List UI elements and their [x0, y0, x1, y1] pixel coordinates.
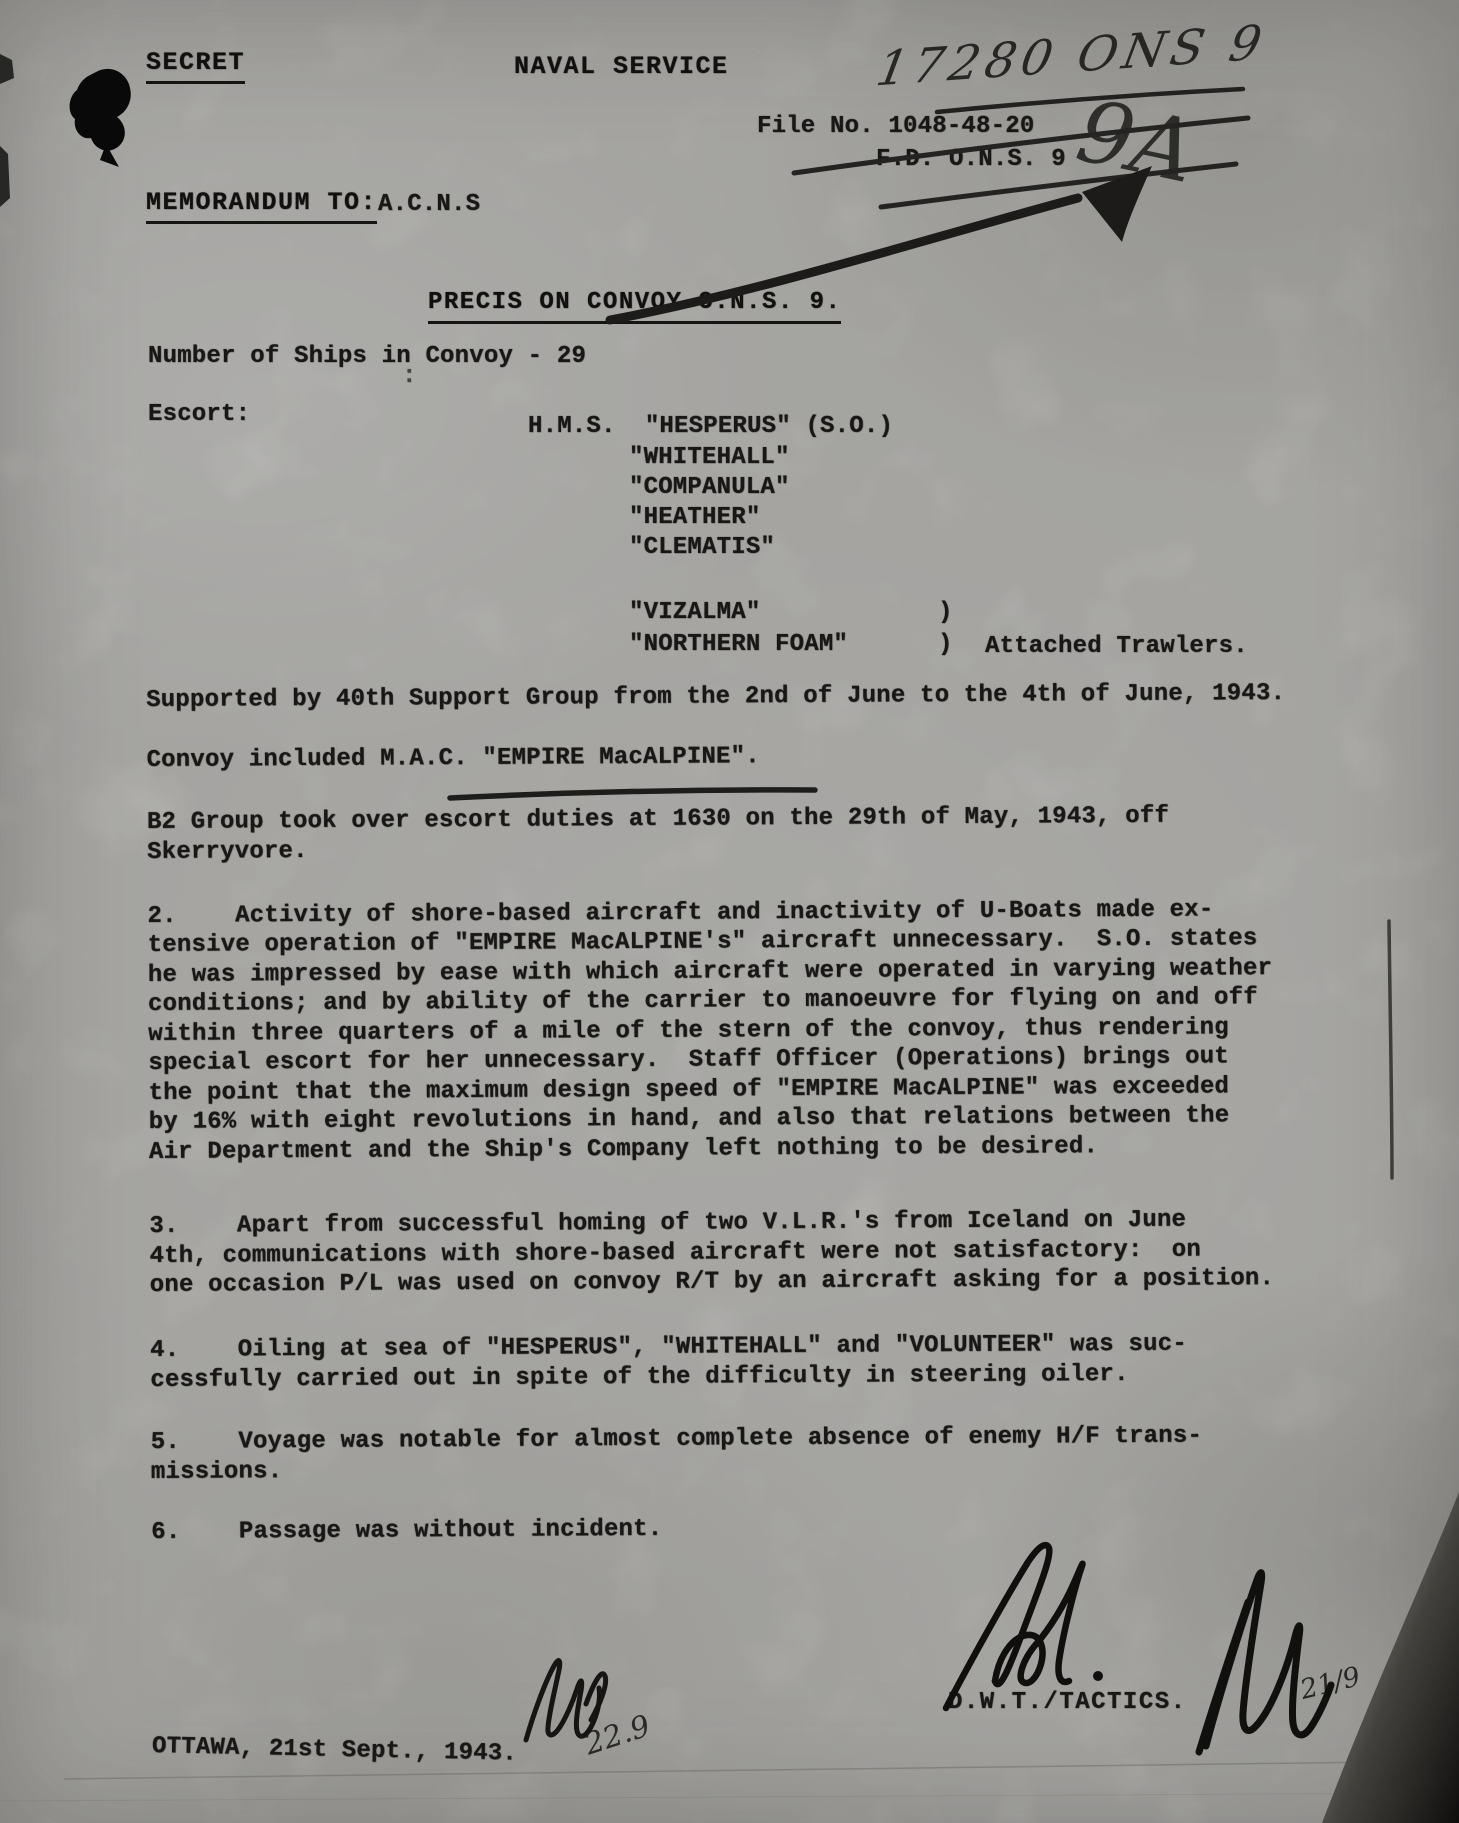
- paragraph-line: missions.: [151, 1457, 283, 1488]
- paragraph-line: Air Department and the Ship's Company le…: [149, 1132, 1098, 1168]
- paragraph-line: 6. Passage was without incident.: [151, 1515, 662, 1548]
- scanned-memorandum-page: SECRET NAVAL SERVICE 17280 ONS 9 File No…: [0, 0, 1459, 1823]
- memo-body: Supported by 40th Support Group from the…: [0, 0, 1459, 1823]
- supported-line: Supported by 40th Support Group from the…: [146, 679, 1285, 716]
- b2-group-line: Skerryvore.: [147, 837, 308, 868]
- mac-carrier-line: Convoy included M.A.C. "EMPIRE MacALPINE…: [146, 742, 759, 776]
- paragraph-line: cessfully carried out in spite of the di…: [150, 1360, 1129, 1396]
- office-line: D.W.T./TACTICS.: [948, 1688, 1187, 1718]
- paragraph-line: one occasion P/L was used on convoy R/T …: [150, 1264, 1275, 1301]
- paragraph-line: 5. Voyage was notable for almost complet…: [151, 1422, 1203, 1458]
- b2-group-line: B2 Group took over escort duties at 1630…: [147, 802, 1169, 838]
